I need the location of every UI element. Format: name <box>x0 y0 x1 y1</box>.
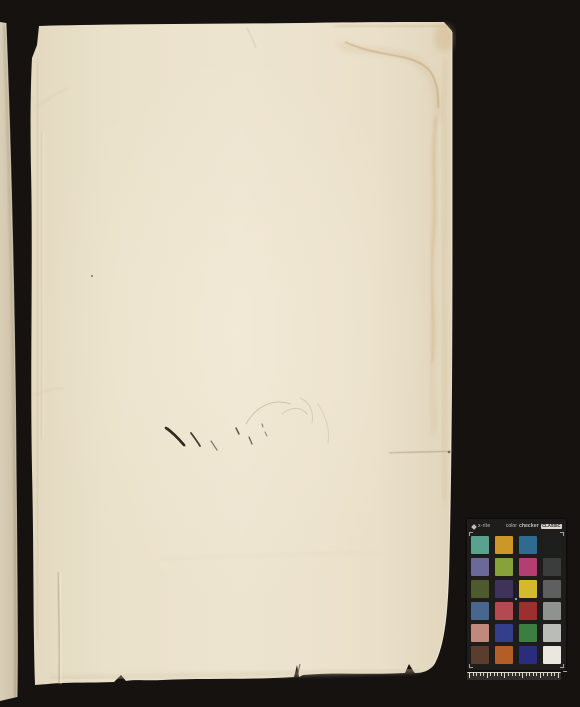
ruler-end-mark <box>563 671 567 672</box>
ruler-tick <box>512 673 513 676</box>
adjacent-page-edge <box>0 22 17 701</box>
ruler-tick <box>526 673 527 676</box>
ruler-tick <box>501 673 502 676</box>
manuscript-page <box>31 22 454 685</box>
color-patch-red <box>519 602 537 620</box>
color-patch-blue <box>519 646 537 664</box>
ruler-tick <box>515 673 516 676</box>
ruler-tick <box>547 673 548 676</box>
paper-speck <box>91 275 93 277</box>
ruler-tick <box>519 673 520 676</box>
registration-dot-icon <box>515 598 517 600</box>
color-patch-light-skin <box>471 624 489 642</box>
color-patch-dark-skin <box>471 646 489 664</box>
colorchecker-title: colorchecker CLASSIC <box>506 524 562 530</box>
color-patch-white <box>543 646 561 664</box>
ruler-tick <box>558 673 559 678</box>
color-patch-green <box>519 624 537 642</box>
brand-label: x-rite <box>478 524 490 529</box>
ruler-tick <box>473 673 474 676</box>
ruler-tick <box>543 673 544 676</box>
ruler-tick <box>487 673 488 678</box>
color-patch-yellow <box>519 580 537 598</box>
color-patch-yellow-green <box>495 558 513 576</box>
color-patch-neutral-8 <box>543 624 561 642</box>
color-patch-bluish-green <box>471 536 489 554</box>
color-patch-blue-sky <box>471 602 489 620</box>
color-patch-cyan <box>519 536 537 554</box>
color-patch-orange <box>495 646 513 664</box>
colorchecker-brand: x-rite <box>472 524 490 529</box>
color-patch-foliage <box>471 580 489 598</box>
color-patch-orange-yellow <box>495 536 513 554</box>
ruler-tick <box>522 673 523 678</box>
colorchecker-header: x-rite colorchecker CLASSIC <box>472 522 562 531</box>
ruler-tick <box>533 673 534 676</box>
paper-sheen <box>40 55 430 605</box>
title-regular: color <box>506 524 517 529</box>
photographed-book-spread: x-rite colorchecker CLASSIC <box>0 0 580 707</box>
title-bold: checker <box>519 524 539 529</box>
ruler-tick <box>504 673 505 678</box>
left-edge-shading <box>37 60 38 640</box>
xrite-logo-icon <box>471 524 477 530</box>
color-patch-purplish-blue <box>495 624 513 642</box>
ruler-tick <box>469 673 470 678</box>
ruler-tick <box>529 673 530 676</box>
color-patch-black <box>543 536 561 554</box>
color-patch-moderate-red <box>495 602 513 620</box>
ruler-tick <box>494 673 495 676</box>
ruler-tick <box>554 673 555 676</box>
colorchecker-badge: CLASSIC <box>541 524 562 530</box>
ruler-tick <box>490 673 491 676</box>
ruler-tick <box>536 673 537 676</box>
color-patch-neutral-5 <box>543 580 561 598</box>
crop-mark-icon <box>560 664 564 668</box>
ruler-tick <box>551 673 552 676</box>
calibration-ruler <box>467 672 561 680</box>
ruler-tick <box>497 673 498 676</box>
ruler-tick <box>508 673 509 676</box>
colorchecker-card: x-rite colorchecker CLASSIC <box>467 519 566 670</box>
color-patch-neutral-3-5 <box>543 558 561 576</box>
ruler-tick <box>476 673 477 676</box>
colorchecker-grid <box>471 536 561 664</box>
ruler-tick <box>483 673 484 676</box>
ruler-tick <box>540 673 541 678</box>
color-patch-magenta <box>519 558 537 576</box>
color-patch-blue-flower <box>471 558 489 576</box>
crop-mark-icon <box>469 664 473 668</box>
ruler-tick <box>480 673 481 676</box>
color-patch-purple <box>495 580 513 598</box>
color-patch-neutral-6-5 <box>543 602 561 620</box>
